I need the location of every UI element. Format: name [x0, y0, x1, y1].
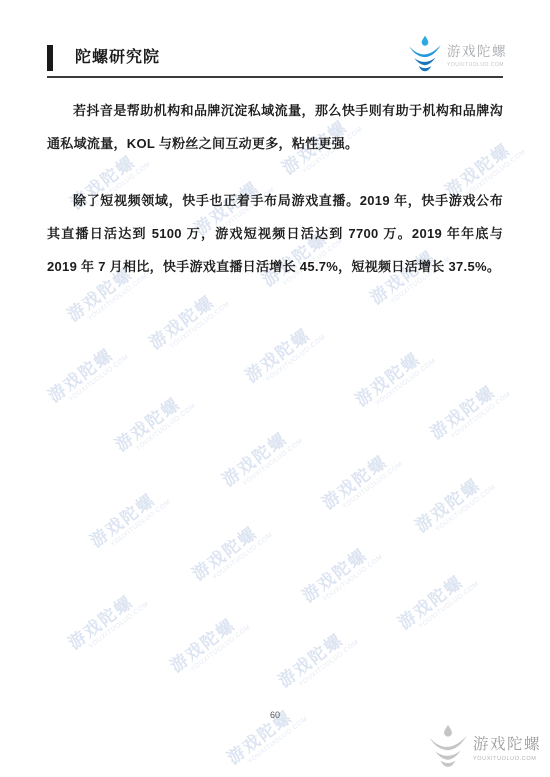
watermark: 游戏陀螺YOUXITUOLUO.COM	[424, 371, 512, 448]
watermark: 游戏陀螺YOUXITUOLUO.COM	[84, 479, 172, 556]
watermark: 游戏陀螺YOUXITUOLUO.COM	[296, 534, 384, 611]
page-number: 60	[47, 710, 503, 720]
watermark: 游戏陀螺YOUXITUOLUO.COM	[221, 696, 309, 773]
watermark: 游戏陀螺YOUXITUOLUO.COM	[216, 418, 304, 495]
brand-name: 游戏陀螺	[473, 732, 541, 754]
watermark: 游戏陀螺YOUXITUOLUO.COM	[349, 338, 437, 415]
watermark: 游戏陀螺YOUXITUOLUO.COM	[272, 619, 360, 696]
brand-logo-top: 游戏陀螺 YOUXITUOLUO.COM	[408, 35, 507, 73]
brand-domain: YOUXITUOLUO.COM	[447, 62, 507, 68]
watermark: 游戏陀螺YOUXITUOLUO.COM	[62, 581, 150, 658]
watermark: 游戏陀螺YOUXITUOLUO.COM	[164, 604, 252, 681]
paragraph-1: 若抖音是帮助机构和品牌沉淀私域流量，那么快手则有助于机构和品牌沟通私域流量，KO…	[47, 94, 503, 160]
body-content: 若抖音是帮助机构和品牌沉淀私域流量，那么快手则有助于机构和品牌沟通私域流量，KO…	[47, 94, 503, 307]
watermark: 游戏陀螺YOUXITUOLUO.COM	[392, 561, 480, 638]
brand-logo-text: 游戏陀螺 YOUXITUOLUO.COM	[447, 40, 507, 68]
watermark: 游戏陀螺YOUXITUOLUO.COM	[109, 383, 197, 460]
brand-domain: YOUXITUOLUO.COM	[473, 756, 541, 762]
watermark: 游戏陀螺YOUXITUOLUO.COM	[42, 334, 130, 411]
watermark: 游戏陀螺YOUXITUOLUO.COM	[316, 441, 404, 518]
brand-logo-text: 游戏陀螺 YOUXITUOLUO.COM	[473, 732, 541, 762]
spinning-top-icon	[408, 35, 442, 73]
document-page: 游戏陀螺YOUXITUOLUO.COM游戏陀螺YOUXITUOLUO.COM游戏…	[0, 0, 550, 777]
watermark: 游戏陀螺YOUXITUOLUO.COM	[239, 314, 327, 391]
header-divider	[47, 76, 503, 78]
header-accent-bar	[47, 45, 53, 71]
section-title: 陀螺研究院	[75, 45, 160, 71]
paragraph-2: 除了短视频领域，快手也正着手布局游戏直播。2019 年，快手游戏公布其直播日活达…	[47, 184, 503, 283]
watermark: 游戏陀螺YOUXITUOLUO.COM	[409, 464, 497, 541]
spinning-top-icon-gray	[428, 724, 468, 769]
watermark: 游戏陀螺YOUXITUOLUO.COM	[186, 512, 274, 589]
brand-logo-bottom: 游戏陀螺 YOUXITUOLUO.COM	[428, 724, 541, 769]
brand-name: 游戏陀螺	[447, 40, 507, 60]
